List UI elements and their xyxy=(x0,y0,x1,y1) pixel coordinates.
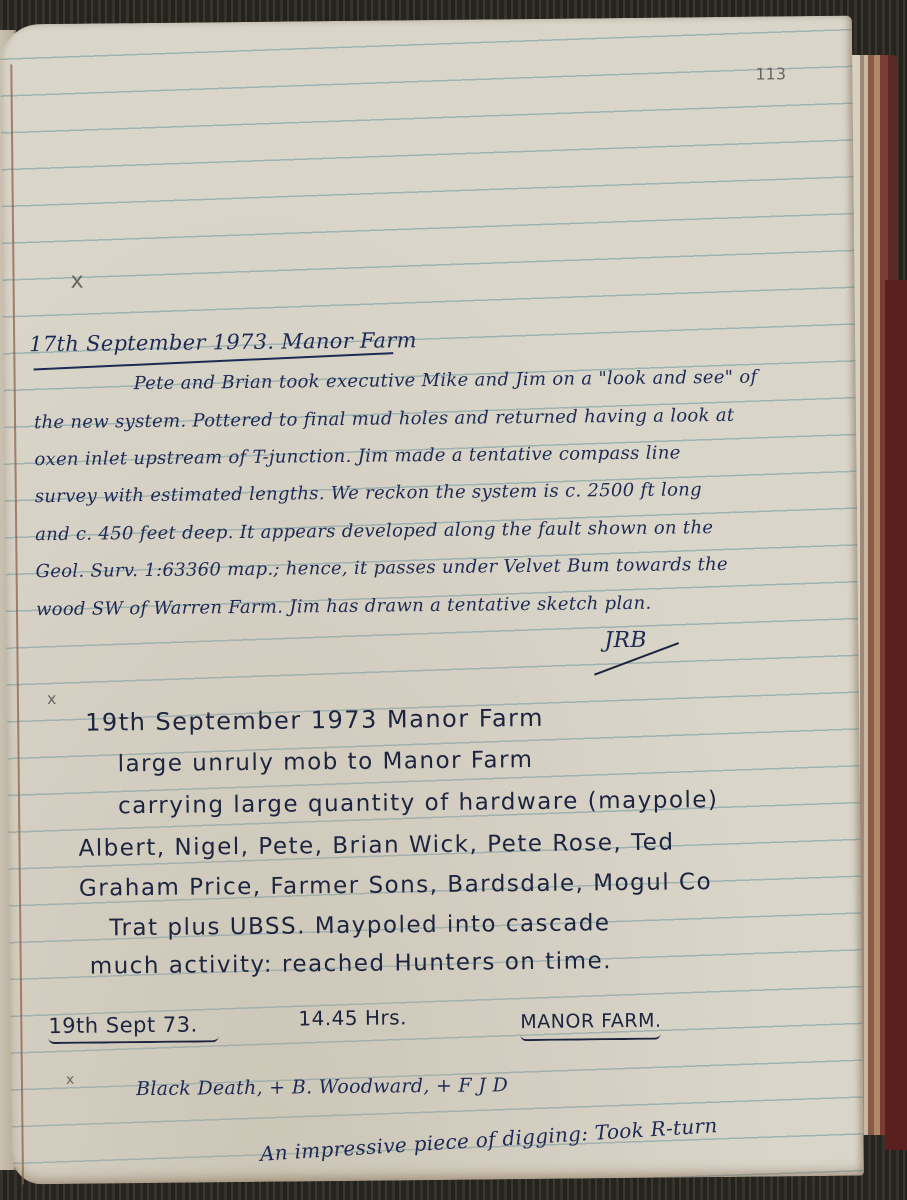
entry-line: and c. 450 feet deep. It appears develop… xyxy=(35,517,713,545)
margin-mark: x xyxy=(66,1072,74,1088)
margin-line xyxy=(10,64,24,1184)
entry-line: the new system. Pottered to final mud ho… xyxy=(34,405,735,433)
notebook-page: 113 x 17th September 1973. Manor Farm Pe… xyxy=(0,16,864,1185)
entry-line: Geol. Surv. 1:63360 map.; hence, it pass… xyxy=(35,554,728,582)
entry-line: Trat plus UBSS. Maypoled into cascade xyxy=(109,910,610,941)
entry-line: wood SW of Warren Farm. Jim has drawn a … xyxy=(36,593,652,620)
entry-line: survey with estimated lengths. We reckon… xyxy=(35,479,702,507)
page-number: 113 xyxy=(755,64,786,83)
entry-line: large unruly mob to Manor Farm xyxy=(117,747,533,777)
entry-line: Graham Price, Farmer Sons, Bardsdale, Mo… xyxy=(79,869,712,902)
entry-line: Pete and Brian took executive Mike and J… xyxy=(134,367,758,395)
signature: JRB xyxy=(604,628,647,653)
entry-line: An impressive piece of digging: Took R-t… xyxy=(259,1113,718,1166)
margin-mark: x xyxy=(70,269,83,294)
entry-heading: 19th September 1973 Manor Farm xyxy=(85,704,544,737)
entry-time: 14.45 Hrs. xyxy=(298,1005,407,1030)
entry-heading: 17th September 1973. Manor Farm xyxy=(29,328,417,356)
book-cover xyxy=(885,280,907,1150)
location-underline xyxy=(520,1030,660,1041)
margin-mark: x xyxy=(47,689,57,708)
date-underline xyxy=(48,1032,218,1044)
entry-line: oxen inlet upstream of T-junction. Jim m… xyxy=(34,442,680,470)
entry-line: much activity: reached Hunters on time. xyxy=(90,948,613,979)
entry-line: Black Death, + B. Woodward, + F J D xyxy=(136,1074,508,1100)
entry-line: carrying large quantity of hardware (may… xyxy=(118,787,719,819)
entry-line: Albert, Nigel, Pete, Brian Wick, Pete Ro… xyxy=(78,830,674,862)
